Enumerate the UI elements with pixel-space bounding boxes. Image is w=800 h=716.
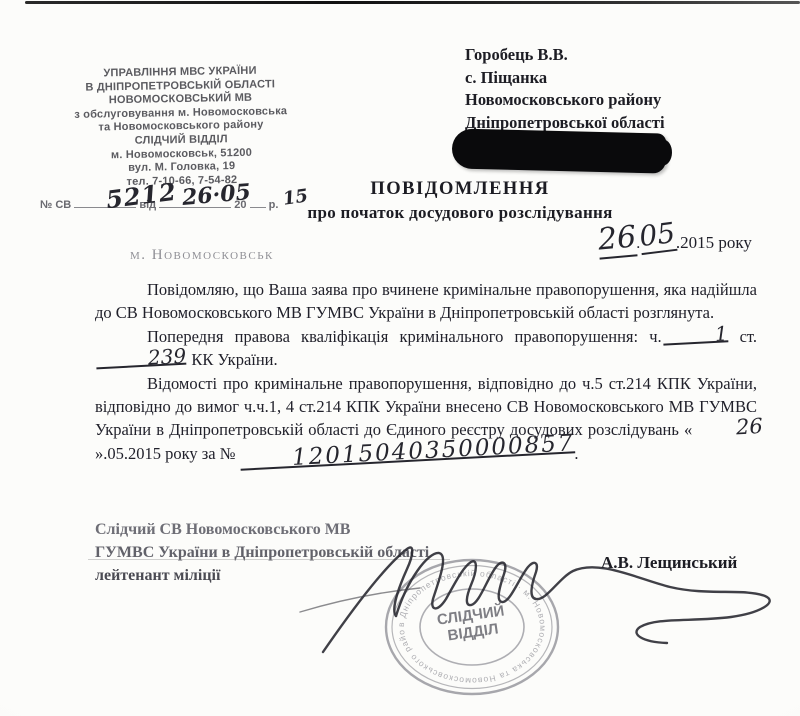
handwritten-day: 26 [596,219,637,259]
body-text: Повідомляю, що Ваша заява про вчинене кр… [95,278,757,465]
scanned-document-page: УПРАВЛІННЯ МВС УКРАЇНИ В ДНІПРОПЕТРОВСЬК… [0,0,800,716]
registry-mid: ».05.2015 року за № [95,444,240,463]
recipient-name: Горобець В.В. [465,44,665,67]
recipient-district: Новомосковського району [465,89,665,112]
recipient-village: с. Піщанка [465,67,665,90]
qualification-text: Попередня правова кваліфікація криміналь… [147,327,662,346]
paragraph-registry: Відомості про кримінальне правопорушення… [95,372,757,466]
letterhead: УПРАВЛІННЯ МВС УКРАЇНИ В ДНІПРОПЕТРОВСЬК… [27,63,335,191]
date-line: 26.05.2015 року [598,221,752,258]
paragraph-notification: Повідомляю, що Ваша заява про вчинене кр… [95,278,757,325]
title-line1: ПОВІДОМЛЕННЯ [240,179,680,200]
stamp-center-line2: ВІДДІЛ [447,620,500,644]
handwritten-erdr-number: 12015040350000857 [239,435,574,470]
handwritten-article-number: 239 [96,349,187,370]
title-line2: про початок досудового розслідування [240,203,680,223]
signatory-line1: Слідчий СВ Новомосковського МВ [95,519,555,542]
qualification-after: КК України. [187,350,277,369]
scan-edge-artifact [25,1,800,4]
scan-streak-artifact [88,559,450,560]
qualification-mid: ст. [728,327,757,346]
handwritten-month: 05 [638,216,678,255]
document-title: ПОВІДОМЛЕННЯ про початок досудового розс… [240,179,680,223]
signatory-position-block: Слідчий СВ Новомосковського МВ ГУМВС Укр… [95,519,555,587]
ref-prefix: № СВ [40,199,71,211]
stamp-center-line1: СЛІДЧИЙ [436,601,506,628]
redacted-address-bar [452,128,667,173]
signatory-line2: ГУМВС України в Дніпропетровській област… [95,542,555,565]
place-line: м. Новомосковськ [130,247,274,264]
handwritten-part-number: 1 [662,326,727,345]
paragraph-qualification: Попередня правова кваліфікація криміналь… [95,325,757,372]
registry-text: Відомості про кримінальне правопорушення… [95,374,757,440]
typed-year: .2015 року [676,233,752,252]
recipient-block: Горобець В.В. с. Піщанка Новомосковськог… [465,44,665,134]
signatory-rank: лейтенант міліції [95,565,555,588]
signatory-name: А.В. Лещинський [601,553,737,573]
paragraph-notification-text: Повідомляю, що Ваша заява про вчинене кр… [95,280,757,322]
handwritten-registry-day: 26 [684,419,763,437]
